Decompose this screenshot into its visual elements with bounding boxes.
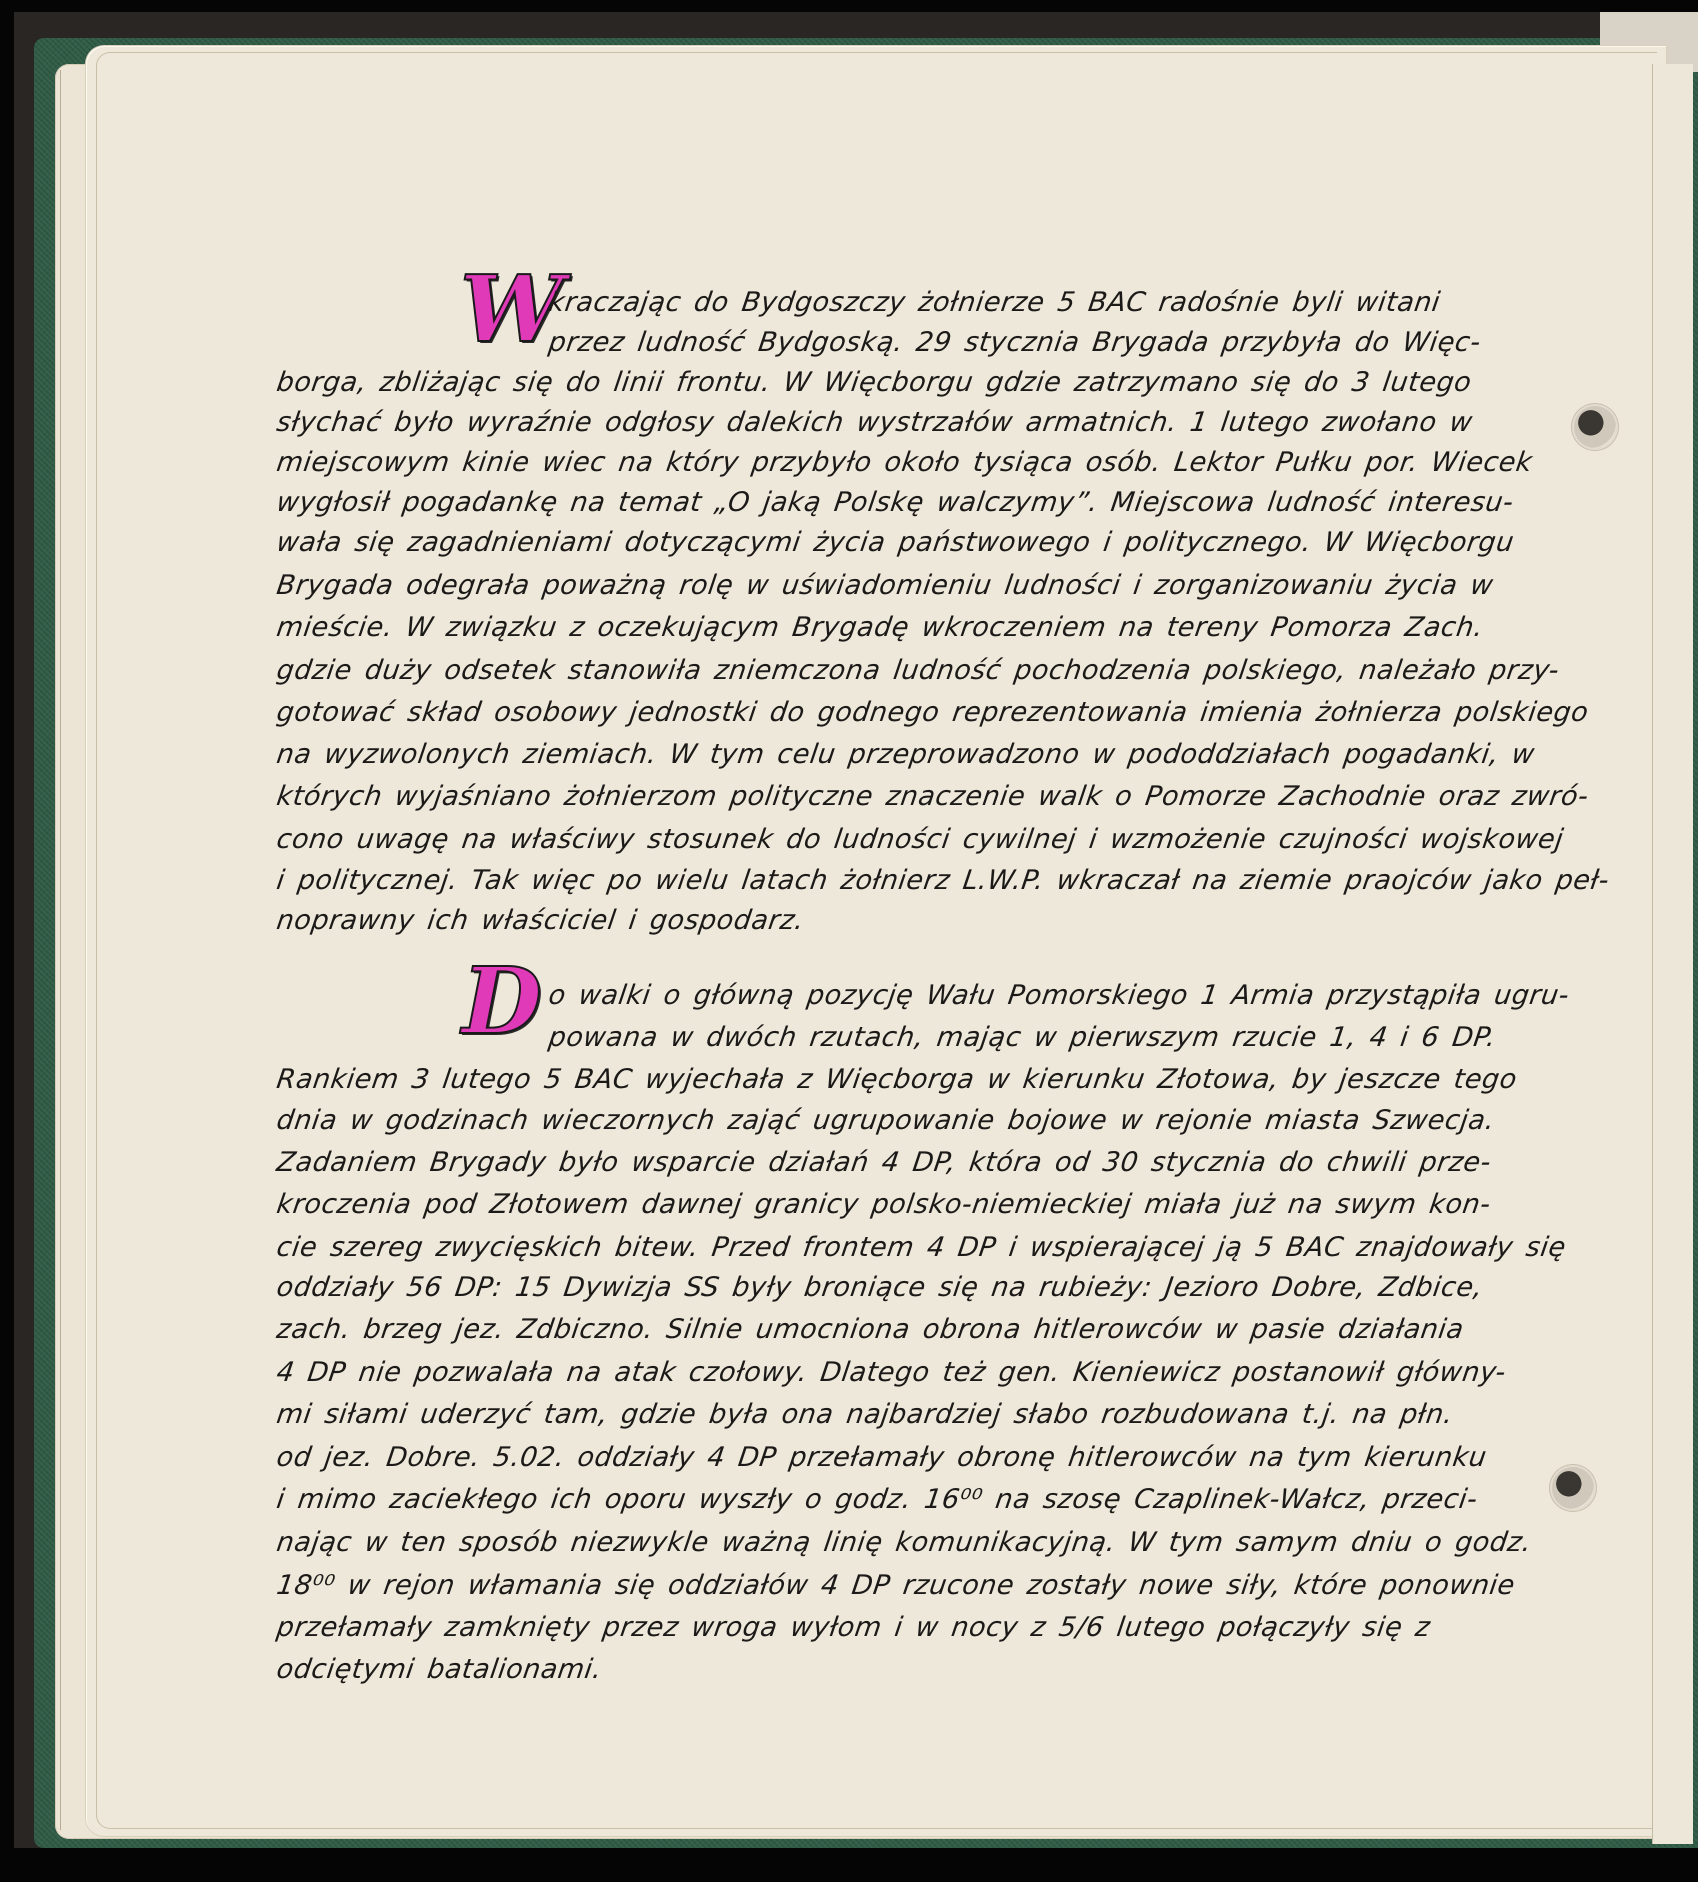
text-line: wała się zagadnieniami dotyczącymi życia… (274, 523, 1517, 563)
text-line: nając w ten sposób niezwykle ważną linię… (274, 1523, 1534, 1563)
text-line: o walki o główną pozycję Wału Pomorskieg… (546, 976, 1572, 1016)
text-line: kraczając do Bydgoszczy żołnierze 5 BAC … (546, 283, 1443, 323)
text-line: mi siłami uderzyć tam, gdzie była ona na… (274, 1395, 1456, 1435)
text-line: gdzie duży odsetek stanowiła zniemczona … (274, 651, 1562, 691)
punch-hole-icon (1574, 406, 1616, 448)
text-line: 4 DP nie pozwalała na atak czołowy. Dlat… (274, 1353, 1509, 1393)
text-line: gotować skład osobowy jednostki do godne… (274, 693, 1591, 733)
text-line: których wyjaśniano żołnierzom polityczne… (274, 777, 1591, 817)
text-line: kroczenia pod Złotowem dawnej granicy po… (274, 1185, 1493, 1225)
decorated-initial-d: D (462, 955, 542, 1047)
text-line: powana w dwóch rzutach, mając w pierwszy… (546, 1018, 1499, 1058)
punch-hole-icon (1552, 1467, 1594, 1509)
text-line: mieście. W związku z oczekującym Brygadę… (274, 608, 1486, 648)
text-line: cie szereg zwycięskich bitew. Przed fron… (274, 1228, 1569, 1268)
text-line: Brygada odegrała poważną rolę w uświadom… (274, 566, 1496, 606)
text-line: słychać było wyraźnie odgłosy dalekich w… (274, 403, 1475, 443)
scan-backdrop-bottom (0, 1848, 1698, 1882)
scan-backdrop-left (0, 0, 14, 1882)
binding-strip (1653, 64, 1693, 1844)
text-line: dnia w godzinach wieczornych zająć ugrup… (274, 1101, 1497, 1141)
scan-backdrop-top (0, 0, 1698, 12)
text-line: Rankiem 3 lutego 5 BAC wyjechała z Więcb… (274, 1060, 1520, 1100)
text-line: odciętymi batalionami. (274, 1650, 605, 1690)
text-line: od jez. Dobre. 5.02. oddziały 4 DP przeł… (274, 1438, 1489, 1478)
text-line: noprawny ich właściciel i gospodarz. (274, 901, 807, 941)
text-line: Zadaniem Brygady było wsparcie działań 4… (274, 1143, 1494, 1183)
text-line: wygłosił pogadankę na temat „O jaką Pols… (274, 483, 1516, 523)
text-line: borga, zbliżając się do linii frontu. W … (274, 363, 1474, 403)
text-line: cono uwagę na właściwy stosunek do ludno… (274, 820, 1566, 860)
text-line: i mimo zaciekłego ich oporu wyszły o god… (274, 1480, 1480, 1520)
text-line: 18⁰⁰ w rejon włamania się oddziałów 4 DP… (274, 1566, 1518, 1606)
text-line: przełamały zamknięty przez wroga wyłom i… (274, 1608, 1433, 1648)
text-line: miejscowym kinie wiec na który przybyło … (274, 443, 1535, 483)
text-line: i politycznej. Tak więc po wielu latach … (274, 861, 1612, 901)
text-line: zach. brzeg jez. Zdbiczno. Silnie umocni… (274, 1310, 1466, 1350)
text-line: na wyzwolonych ziemiach. W tym celu prze… (274, 735, 1537, 775)
text-line: przez ludność Bydgoską. 29 stycznia Bryg… (546, 323, 1483, 363)
text-line: oddziały 56 DP: 15 Dywizja SS były broni… (274, 1268, 1485, 1308)
